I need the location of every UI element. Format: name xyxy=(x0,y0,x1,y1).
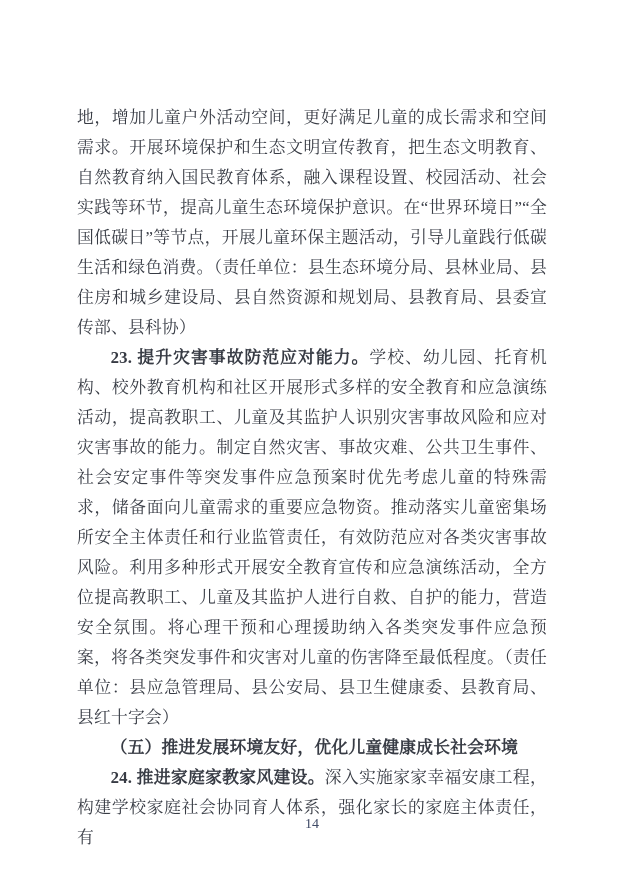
paragraph-22-continuation-text: 地，增加儿童户外活动空间，更好满足儿童的成长需求和空间需求。开展环境保护和生态文… xyxy=(77,108,547,337)
paragraph-item-23: 23. 提升灾害事故防范应对能力。学校、幼儿园、托育机构、校外教育机构和社区开展… xyxy=(77,343,547,733)
item-24-lead: 24. 推进家庭家教家风建设。 xyxy=(111,768,325,787)
item-23-body: 学校、幼儿园、托育机构、校外教育机构和社区开展形式多样的安全教育和应急演练活动，… xyxy=(77,348,547,727)
text-block: 地，增加儿童户外活动空间，更好满足儿童的成长需求和空间需求。开展环境保护和生态文… xyxy=(77,103,547,853)
page-number: 14 xyxy=(0,810,624,840)
section-5-heading: （五）推进发展环境友好，优化儿童健康成长社会环境 xyxy=(77,733,547,763)
item-23-lead: 23. 提升灾害事故防范应对能力。 xyxy=(111,348,370,367)
document-page: 地，增加儿童户外活动空间，更好满足儿童的成长需求和空间需求。开展环境保护和生态文… xyxy=(0,0,624,882)
paragraph-22-continuation: 地，增加儿童户外活动空间，更好满足儿童的成长需求和空间需求。开展环境保护和生态文… xyxy=(77,103,547,343)
